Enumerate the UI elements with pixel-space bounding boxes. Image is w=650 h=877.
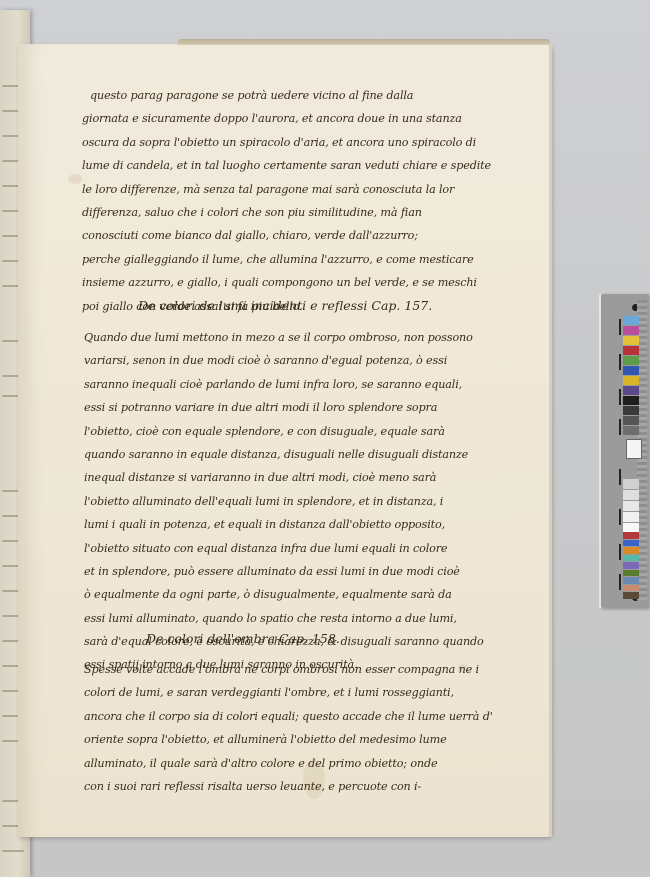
color-patch	[623, 501, 639, 511]
text-line: l'obietto alluminato dell'equali lumi in…	[84, 490, 504, 513]
chapter-heading-157: De colori de lumi incidenti e reflessi C…	[138, 298, 432, 313]
color-patch	[623, 540, 639, 547]
color-patch	[623, 366, 639, 375]
text-line: con i suoi rari reflessi risalta uerso l…	[84, 775, 504, 798]
color-patch	[623, 555, 639, 562]
text-line: essi lumi alluminato, quando lo spatio c…	[84, 607, 504, 630]
text-line: perche gialleggiando il lume, che allumi…	[82, 248, 510, 271]
color-patch	[623, 532, 639, 539]
text-line: inequal distanze si variaranno in due al…	[84, 466, 504, 489]
paragraph-3: Spesse volte accade l'ombra ne corpi omb…	[84, 658, 504, 798]
color-patch	[623, 479, 639, 489]
text-line: oscura da sopra l'obietto un spiracolo d…	[82, 131, 510, 154]
text-line: variarsi, senon in due modi cioè ò saran…	[84, 349, 504, 372]
paragraph-1: questo parag paragone se potrà uedere vi…	[90, 84, 510, 318]
color-patch	[623, 326, 639, 335]
text-line: saranno inequali cioè parlando de lumi i…	[84, 373, 504, 396]
text-line: oriente sopra l'obietto, et alluminerà l…	[84, 728, 504, 751]
color-patch	[623, 512, 639, 522]
color-patch	[623, 316, 639, 325]
text-line: l'obietto situato con equal distanza inf…	[84, 537, 504, 560]
text-line: le loro differenze, mà senza tal paragon…	[82, 178, 510, 201]
text-line: colori de lumi, e saran verdeggianti l'o…	[84, 681, 504, 704]
color-patch	[623, 562, 639, 569]
color-patch	[623, 592, 639, 599]
text-line: quando saranno in equale distanza, disug…	[84, 443, 504, 466]
text-line: ancora che il corpo sia di colori equali…	[84, 705, 504, 728]
text-line: lume di candela, et in tal luogho certam…	[82, 154, 510, 177]
color-patch	[623, 406, 639, 415]
color-patch	[623, 376, 639, 385]
target-label	[626, 439, 642, 459]
text-line: insieme azzurro, e giallo, i quali compo…	[82, 271, 510, 294]
text-line: conosciuti come bianco dal giallo, chiar…	[82, 224, 510, 247]
color-patch	[623, 577, 639, 584]
text-line: Spesse volte accade l'ombra ne corpi omb…	[84, 658, 504, 681]
text-line: differenza, saluo che i colori che son p…	[82, 201, 510, 224]
color-calibration-target	[601, 294, 649, 608]
manuscript-page: questo parag paragone se potrà uedere vi…	[18, 44, 552, 837]
text-line: lumi i quali in potenza, et equali in di…	[84, 513, 504, 536]
page-top-edge	[178, 39, 550, 45]
color-patch	[623, 386, 639, 395]
text-line: essi si potranno variare in due altri mo…	[84, 396, 504, 419]
text-line: questo parag paragone se potrà uedere vi…	[90, 84, 510, 107]
text-line: alluminato, il quale sarà d'altro colore…	[84, 752, 504, 775]
text-line: l'obietto, cioè con equale splendore, e …	[84, 420, 504, 443]
color-patch	[623, 336, 639, 345]
text-line: et in splendore, può essere alluminato d…	[84, 560, 504, 583]
chapter-heading-158: De colori dell'ombra Cap. 158.	[146, 631, 340, 646]
color-patch	[623, 426, 639, 435]
text-line: ò equalmente da ogni parte, ò disugualme…	[84, 583, 504, 606]
color-patch	[623, 416, 639, 425]
text-line: giornata e sicuramente doppo l'aurora, e…	[82, 107, 510, 130]
color-patch	[623, 490, 639, 500]
paragraph-2: Quando due lumi mettono in mezo a se il …	[84, 326, 504, 677]
color-patch	[623, 346, 639, 355]
text-line: Quando due lumi mettono in mezo a se il …	[84, 326, 504, 349]
color-patch	[623, 356, 639, 365]
color-patch	[623, 570, 639, 577]
color-patch	[623, 547, 639, 554]
page-right-edge	[549, 44, 552, 837]
color-patch	[623, 585, 639, 592]
color-patch	[623, 396, 639, 405]
